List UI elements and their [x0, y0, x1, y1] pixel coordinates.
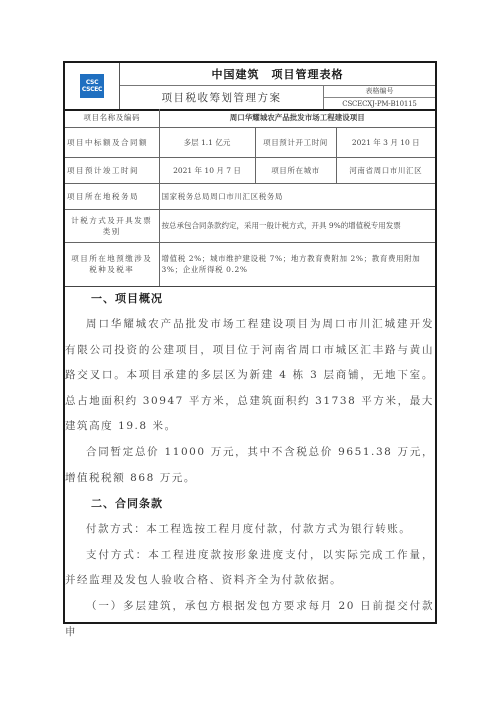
table-row: 项目名称及编码 周口华耀城农产品批发市场工程建设项目: [65, 109, 435, 127]
paragraph: 支付方式：本工程进度款按形象进度支付，以实际完成工作量，并经监理及发包人验收合格…: [65, 543, 435, 594]
table-row: 项目所在地预缴涉及税种及税率 增值税 2%；城市维护建设税 7%；地方教育费附加…: [65, 242, 435, 286]
brand-title: 中国建筑 项目管理表格: [120, 63, 435, 86]
bid-amount-value: 多层 1.1 亿元: [159, 127, 255, 157]
logo-text-top: CSC: [86, 79, 98, 86]
project-info-table: 项目名称及编码 周口华耀城农产品批发市场工程建设项目 项目中标额及合同额 多层 …: [65, 109, 435, 287]
end-date-value: 2021 年 10 月 7 日: [159, 157, 255, 183]
end-date-label: 项目预计竣工时间: [65, 157, 159, 183]
project-name-label: 项目名称及编码: [65, 109, 159, 127]
section-heading-overview: 一、项目概况: [65, 286, 435, 312]
paragraph: （一）多层建筑，承包方根据发包方要求每月 20 日前提交付款申: [65, 594, 435, 645]
city-label: 项目所在城市: [255, 157, 336, 183]
paragraph: 合同暂定总价 11000 万元，其中不含税总价 9651.38 万元，增值税税额…: [65, 440, 435, 491]
tax-method-label: 计税方式及开具发票类别: [65, 209, 159, 242]
form-header: CSC CSCEC 中国建筑 项目管理表格 项目税收筹划管理方案 表格编号 CS…: [65, 63, 435, 111]
paragraph: 付款方式：本工程选按工程月度付款，付款方式为银行转账。: [65, 517, 435, 543]
logo-text-bottom: CSCEC: [82, 86, 102, 93]
paragraph: 周口华耀城农产品批发市场工程建设项目为周口市川汇城建开发有限公司投资的公建项目，…: [65, 312, 435, 440]
bid-amount-label: 项目中标额及合同额: [65, 127, 159, 157]
tax-bureau-label: 项目所在地税务局: [65, 183, 159, 209]
project-name-value: 周口华耀城农产品批发市场工程建设项目: [159, 109, 435, 127]
prepaid-tax-label: 项目所在地预缴涉及税种及税率: [65, 242, 159, 286]
form-number-label: 表格编号: [324, 86, 435, 98]
table-row: 项目预计竣工时间 2021 年 10 月 7 日 项目所在城市 河南省周口市川汇…: [65, 157, 435, 183]
section-heading-contract: 二、合同条款: [65, 491, 435, 517]
document-body: 一、项目概况 周口华耀城农产品批发市场工程建设项目为周口市川汇城建开发有限公司投…: [65, 286, 435, 645]
document-page: CSC CSCEC 中国建筑 项目管理表格 项目税收筹划管理方案 表格编号 CS…: [63, 61, 437, 624]
table-row: 计税方式及开具发票类别 按总承包合同条款约定，采用一般计税方式，开具 9%的增值…: [65, 209, 435, 242]
table-row: 项目中标额及合同额 多层 1.1 亿元 项目预计开工时间 2021 年 3 月 …: [65, 127, 435, 157]
start-date-value: 2021 年 3 月 10 日: [336, 127, 435, 157]
tax-bureau-value: 国家税务总局周口市川汇区税务局: [159, 183, 435, 209]
tax-method-value: 按总承包合同条款约定，采用一般计税方式，开具 9%的增值税专用发票: [159, 209, 435, 242]
table-row: 项目所在地税务局 国家税务总局周口市川汇区税务局: [65, 183, 435, 209]
logo-cell: CSC CSCEC: [65, 63, 120, 109]
cscec-logo-icon: CSC CSCEC: [80, 74, 104, 98]
form-number: 表格编号 CSCECXJ-PM-B10115: [324, 86, 435, 109]
document-title: 项目税收筹划管理方案: [120, 86, 324, 109]
prepaid-tax-value: 增值税 2%；城市维护建设税 7%；地方教育费附加 2%；教育费用附加 3%；企…: [159, 242, 435, 286]
city-value: 河南省周口市川汇区: [336, 157, 435, 183]
start-date-label: 项目预计开工时间: [255, 127, 336, 157]
